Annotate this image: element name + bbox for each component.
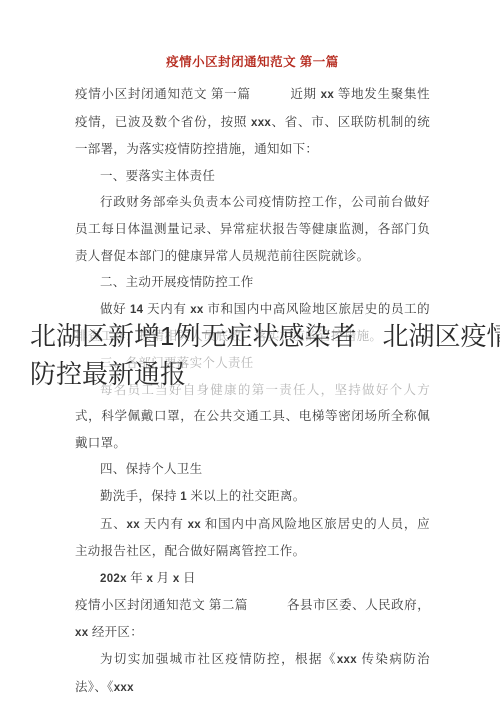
document-page: 疫情小区封闭通知范文 第一篇 疫情小区封闭通知范文 第一篇 近期 xx 等地发生… xyxy=(0,0,500,707)
document-paragraph: 一、要落实主体责任 xyxy=(75,163,430,190)
document-paragraph: 疫情小区封闭通知范文 第二篇 各县市区委、人民政府，xx 经开区： xyxy=(75,592,430,646)
document-title: 疫情小区封闭通知范文 第一篇 xyxy=(75,49,430,76)
document-paragraph: 疫情小区封闭通知范文 第一篇 近期 xx 等地发生聚集性疫情，已波及数个省份，按… xyxy=(75,81,430,163)
document-paragraph: 二、主动开展疫情防控工作 xyxy=(75,269,430,296)
document-paragraph: 行政财务部牵头负责本公司疫情防控工作，公司前台做好员工每日体温测量记录、异常症状… xyxy=(75,189,430,269)
headline-text-line: 防控最新通报 xyxy=(30,355,500,393)
document-paragraph: 五、xx 天内有 xx 和国内中高风险地区旅居史的人员，应主动报告社区，配合做好… xyxy=(75,511,430,565)
headline-lines: 北湖区新增1例无症状感染者 北湖区疫情防控最新通报 xyxy=(30,317,500,393)
headline-overlay: 北湖区新增1例无症状感染者 北湖区疫情防控最新通报 xyxy=(0,316,500,404)
document-paragraph: 202x 年 x 月 x 日 xyxy=(75,565,430,593)
document-paragraph: 四、保持个人卫生 xyxy=(75,456,430,483)
document-paragraph: 为切实加强城市社区疫情防控，根据《xxx 传染病防治法》、《xxx xyxy=(75,646,430,701)
document-paragraph: 勤洗手，保持 1 米以上的社交距离。 xyxy=(75,483,430,511)
headline-text-line: 北湖区新增1例无症状感染者 北湖区疫情 xyxy=(30,317,500,355)
